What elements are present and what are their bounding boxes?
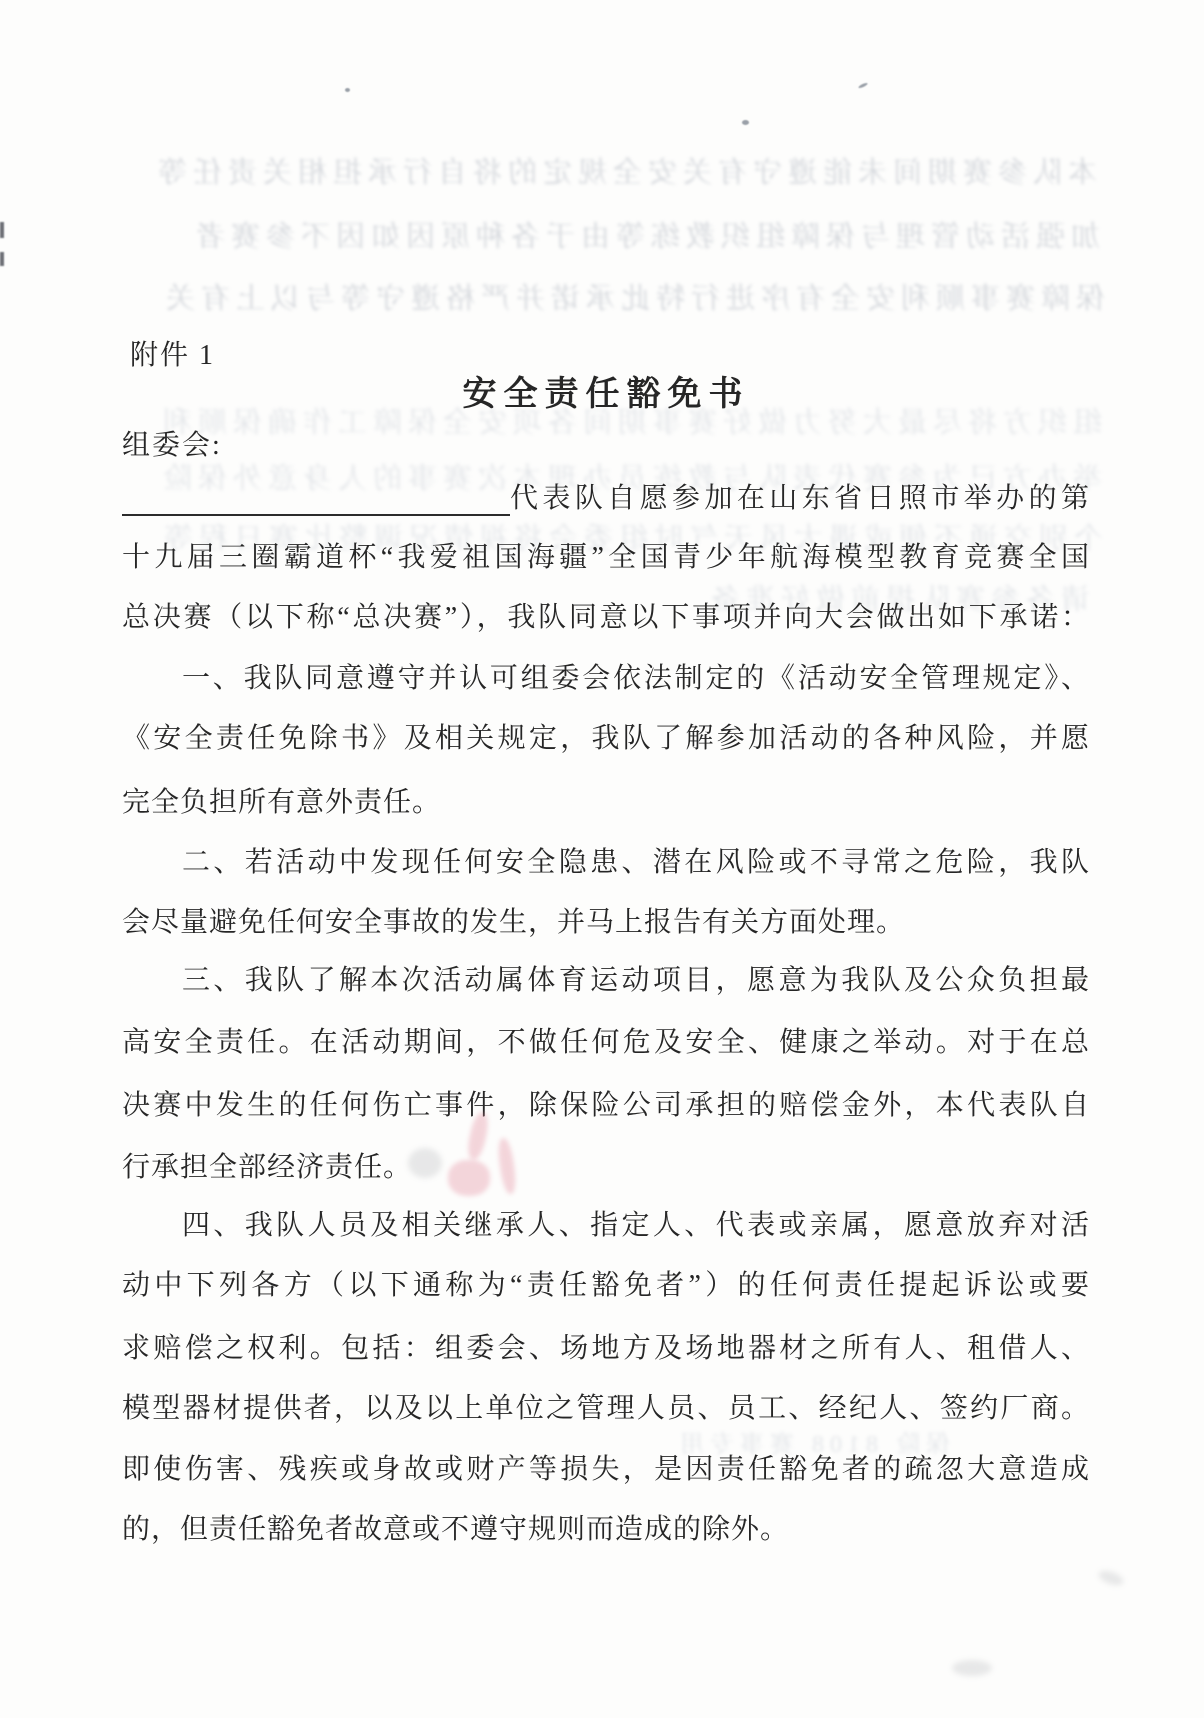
scanned-document-page: 本队参赛期间未能遵守有关安全规定的将自行承担相关责任等 加强活动管理与保障组织教… [0, 0, 1204, 1718]
page-edge-mark [0, 222, 4, 238]
ink-smudge [1097, 1568, 1126, 1588]
body-line: 二、若活动中发现任何安全隐患、潜在风险或不寻常之危险，我队 [122, 846, 1090, 880]
scan-speck [742, 120, 749, 125]
signature-blank-line [122, 484, 510, 516]
body-line: 总决赛（以下称“总决赛”），我队同意以下事项并向大会做出如下承诺： [122, 601, 1090, 635]
scan-speck [858, 82, 868, 89]
bleedthrough-line: 保障赛事顺利安全有序进行特此承诺并严格遵守等与以上有关 [95, 276, 1105, 317]
body-line: 高安全责任。在活动期间，不做任何危及安全、健康之举动。对于在总 [122, 1026, 1090, 1060]
bleedthrough-line: 加强活动管理与保障组织教练等由于各种原因如因不参赛者 [95, 214, 1100, 255]
body-line-text: 代表队自愿参加在山东省日照市举办的第 [510, 482, 1090, 516]
page-title: 安全责任豁免书 [122, 366, 1090, 415]
body-line: 模型器材提供者，以及以上单位之管理人员、员工、经纪人、签约厂商。 [122, 1392, 1090, 1426]
body-line: 动中下列各方（以下通称为“责任豁免者”）的任何责任提起诉讼或要 [122, 1269, 1090, 1303]
body-line: 十九届三圈霸道杯“我爱祖国海疆”全国青少年航海模型教育竞赛全国 [122, 541, 1090, 575]
body-line: 四、我队人员及相关继承人、指定人、代表或亲属，愿意放弃对活 [122, 1209, 1090, 1243]
body-line: 求赔偿之权利。包括：组委会、场地方及场地器材之所有人、租借人、 [122, 1332, 1090, 1366]
body-line: 《安全责任免除书》及相关规定，我队了解参加活动的各种风险，并愿 [122, 722, 1090, 756]
scan-speck [345, 88, 350, 92]
bleedthrough-line: 本队参赛期间未能遵守有关安全规定的将自行承担相关责任等 [95, 150, 1097, 191]
page-edge-mark [0, 252, 4, 266]
body-line: 一、我队同意遵守并认可组委会依法制定的《活动安全管理规定》、 [122, 662, 1090, 696]
body-line: 决赛中发生的任何伤亡事件，除保险公司承担的赔偿金外，本代表队自 [122, 1089, 1090, 1123]
body-line: 行承担全部经济责任。 [122, 1151, 1090, 1185]
body-line: 的，但责任豁免者故意或不遵守规则而造成的除外。 [122, 1513, 1090, 1547]
body-line: 即使伤害、残疾或身故或财产等损失，是因责任豁免者的疏忽大意造成 [122, 1453, 1090, 1487]
body-line: 完全负担所有意外责任。 [122, 786, 1090, 820]
body-line: 三、我队了解本次活动属体育运动项目，愿意为我队及公众负担最 [122, 964, 1090, 998]
salutation: 组委会: [122, 423, 222, 463]
body-line: 会尽量避免任何安全事故的发生，并马上报告有关方面处理。 [122, 906, 1090, 940]
ink-smudge [952, 1660, 992, 1676]
body-line: 代表队自愿参加在山东省日照市举办的第 [122, 482, 1090, 516]
